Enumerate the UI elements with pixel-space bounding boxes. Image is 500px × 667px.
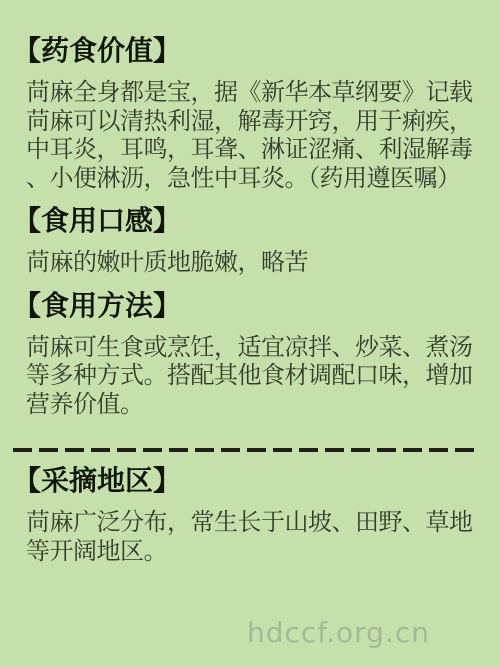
picking-area-body: 苘麻广泛分布，常生长于山坡、田野、草地等开阔地区。 <box>26 508 476 565</box>
section-picking-area: 【采摘地区】 苘麻广泛分布，常生长于山坡、田野、草地等开阔地区。 <box>0 466 500 565</box>
section-medicinal-value: 【药食价值】 苘麻全身都是宝，据《新华本草纲要》记载苘麻可以清热利湿，解毒开窍，… <box>0 36 500 192</box>
section-eating-method: 【食用方法】 苘麻可生食或烹饪，适宜凉拌、炒菜、煮汤等多种方式。搭配其他食材调配… <box>0 291 500 419</box>
watermark-text: hdccf.org.cn <box>247 616 430 649</box>
medicinal-value-body: 苘麻全身都是宝，据《新华本草纲要》记载苘麻可以清热利湿，解毒开窍，用于痢疾，中耳… <box>26 78 476 192</box>
dashed-divider <box>13 448 477 452</box>
eating-taste-body: 苘麻的嫩叶质地脆嫩，略苦 <box>26 248 476 277</box>
picking-area-heading: 【采摘地区】 <box>13 466 500 496</box>
eating-taste-heading: 【食用口感】 <box>13 206 500 236</box>
infographic-page: 【药食价值】 苘麻全身都是宝，据《新华本草纲要》记载苘麻可以清热利湿，解毒开窍，… <box>0 0 500 667</box>
medicinal-value-heading: 【药食价值】 <box>13 36 500 66</box>
eating-method-heading: 【食用方法】 <box>13 291 500 321</box>
section-eating-taste: 【食用口感】 苘麻的嫩叶质地脆嫩，略苦 <box>0 206 500 277</box>
eating-method-body: 苘麻可生食或烹饪，适宜凉拌、炒菜、煮汤等多种方式。搭配其他食材调配口味，增加营养… <box>26 333 476 419</box>
